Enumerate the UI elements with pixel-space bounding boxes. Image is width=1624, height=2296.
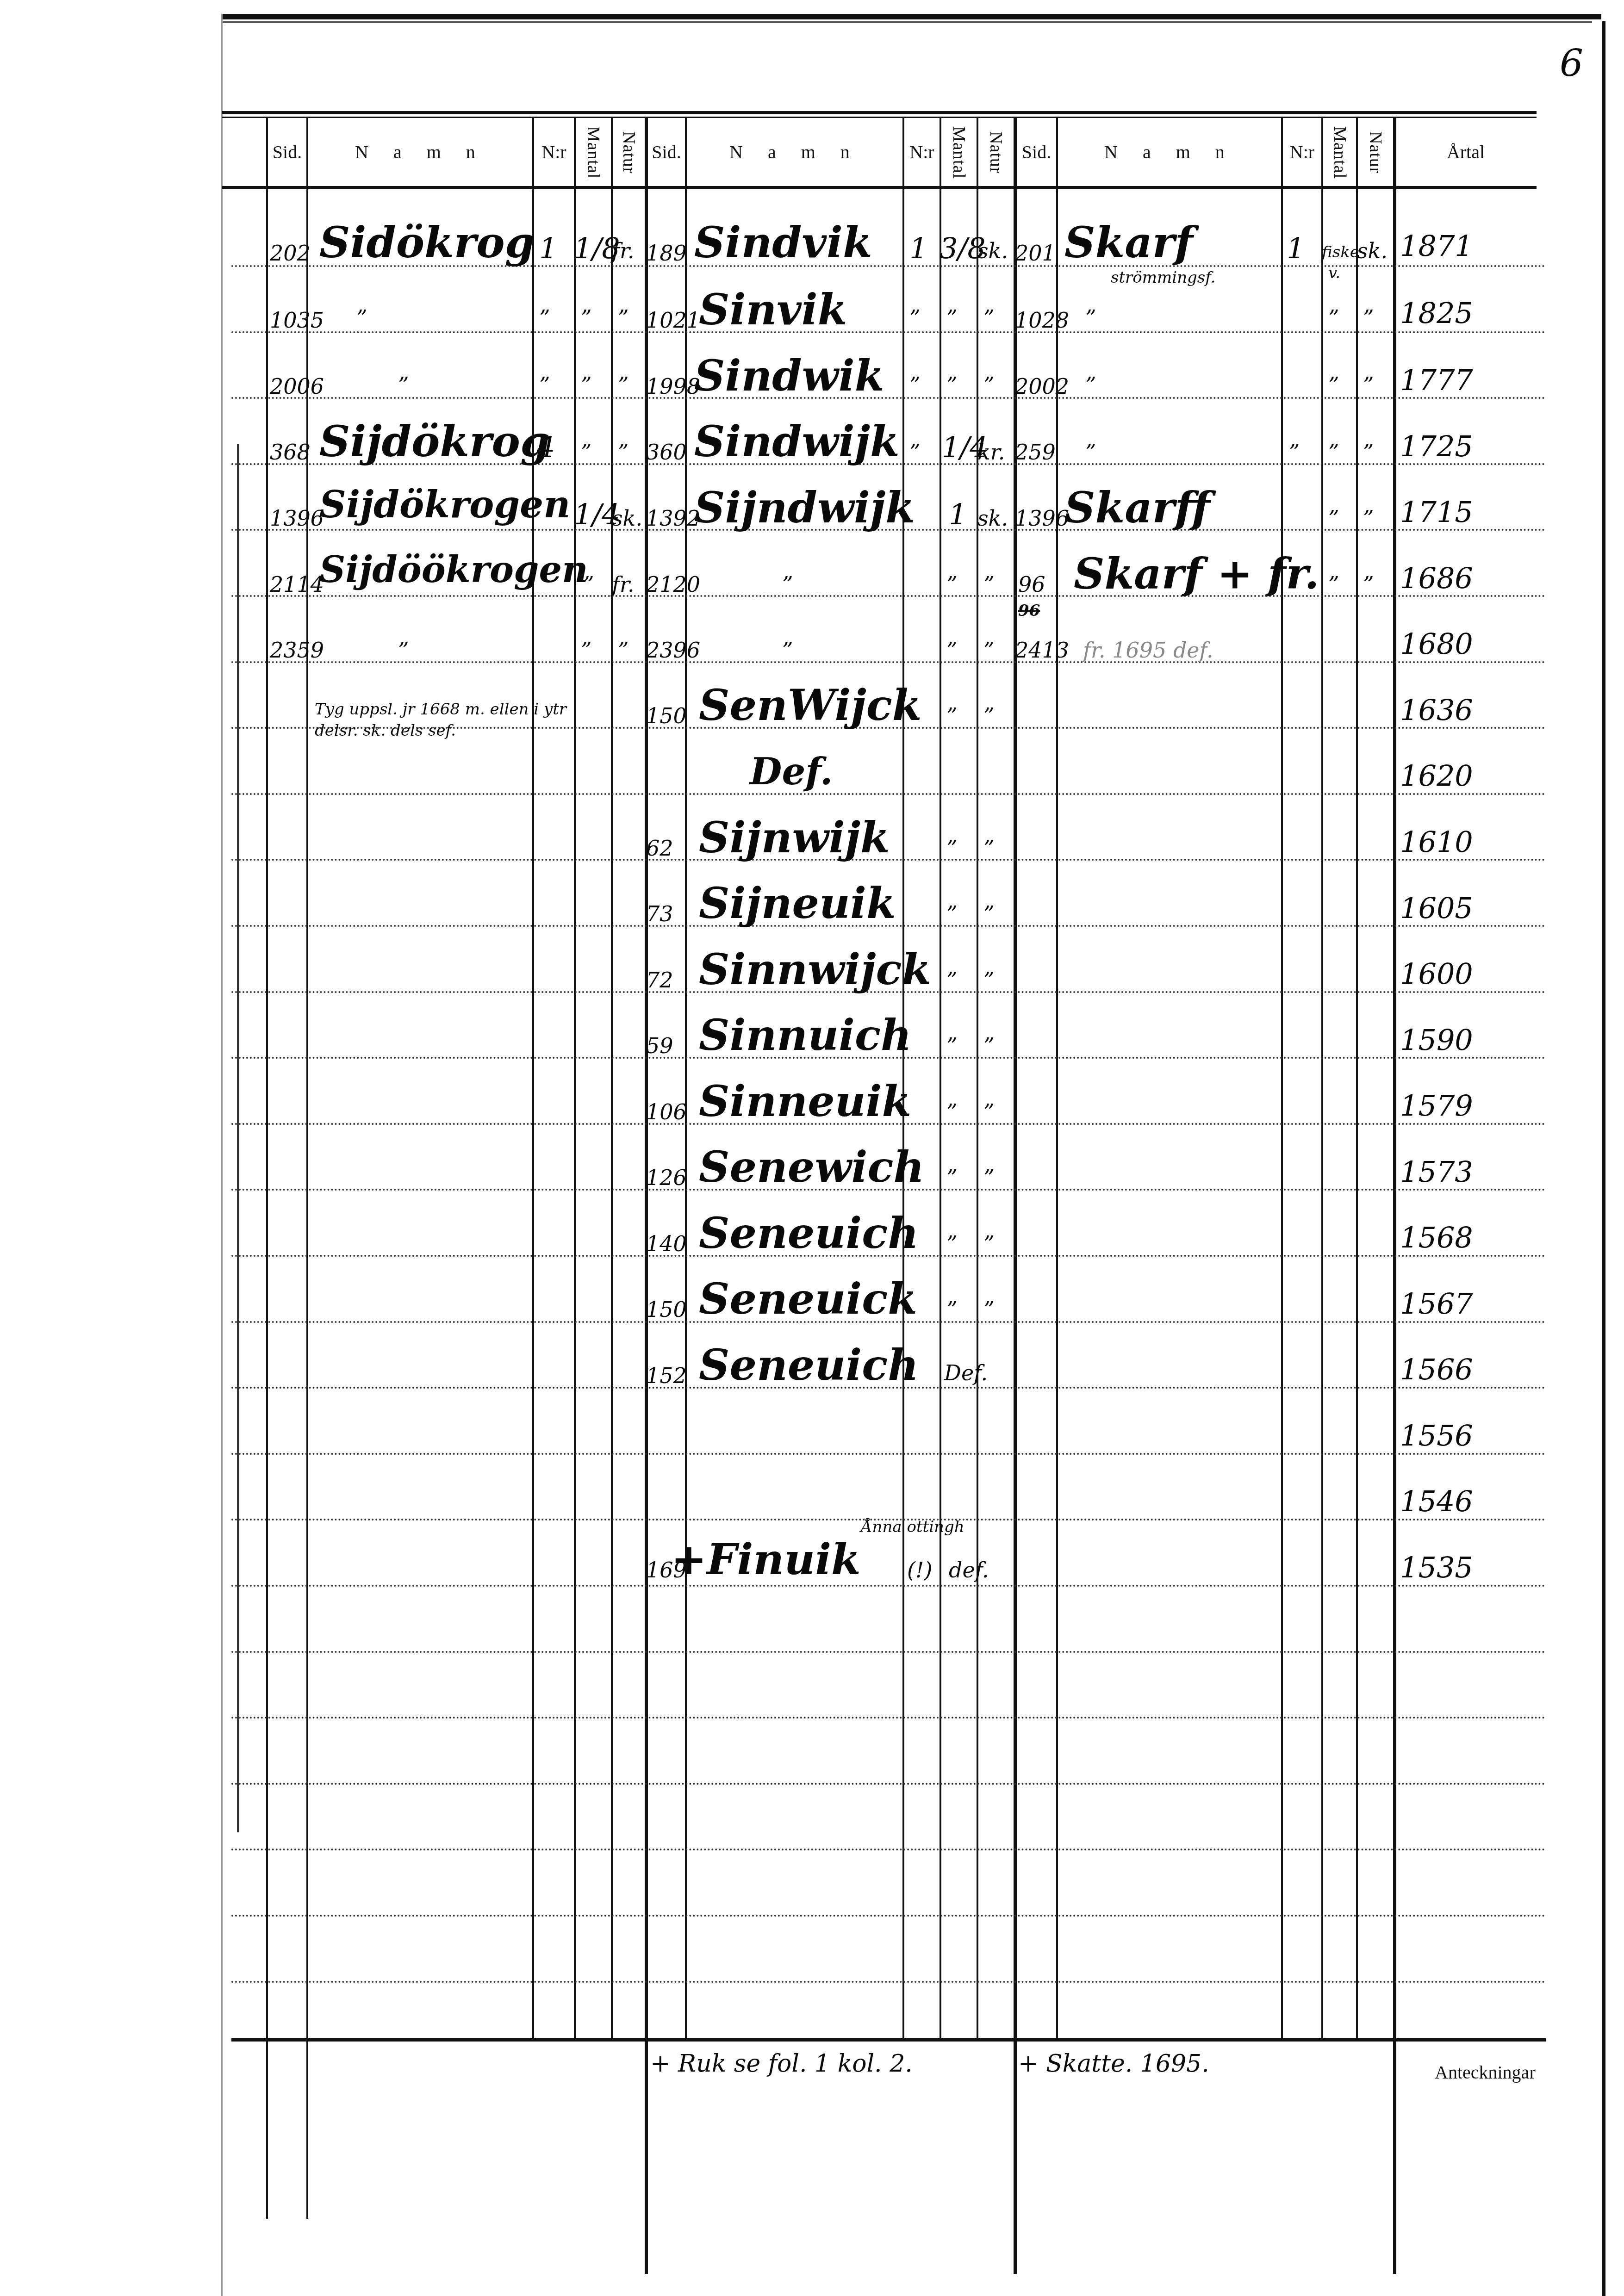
mantal: ” <box>581 440 592 465</box>
header-natur: Natur <box>1358 120 1393 185</box>
row-divider <box>231 595 1546 597</box>
binding-cord <box>237 444 239 1832</box>
namn: ” <box>398 638 409 663</box>
sid: 62 <box>646 836 673 861</box>
namn: Seneuich <box>699 1340 919 1390</box>
namn: Sindwijk <box>694 416 900 466</box>
year: 1610 <box>1400 825 1473 859</box>
namn: Sijneuik <box>699 878 896 928</box>
namn: SenWijck <box>699 680 922 730</box>
namn: Skarff <box>1064 483 1210 533</box>
top-border <box>222 14 1601 19</box>
row-divider <box>231 397 1546 399</box>
namn: Senewich <box>699 1142 924 1192</box>
natur: sk. <box>977 506 1008 531</box>
natur: sk. <box>977 238 1008 263</box>
header-nr: N:r <box>534 118 574 186</box>
natur: ” <box>1363 305 1374 330</box>
header-sid: Sid. <box>1017 118 1056 186</box>
natur: ” <box>618 305 629 330</box>
namn: ” <box>1085 305 1096 330</box>
namn: Seneuick <box>699 1274 917 1324</box>
sid: 360 <box>646 440 687 465</box>
header-mantal: Mantal <box>1323 120 1356 185</box>
natur: ” <box>983 1297 995 1322</box>
sid: 189 <box>646 241 687 266</box>
sid: 2396 <box>646 638 700 663</box>
header-top-line <box>222 111 1537 114</box>
header-artal: Årtal <box>1396 118 1535 186</box>
namn-note: fr. 1695 def. <box>1083 638 1213 663</box>
natur: ” <box>618 372 629 397</box>
namn: Def. <box>750 750 833 793</box>
row-divider <box>231 661 1546 663</box>
year: 1715 <box>1400 495 1473 529</box>
natur: ” <box>983 901 995 926</box>
sid: 1035 <box>270 308 324 333</box>
year: 1567 <box>1400 1287 1473 1321</box>
sid: 2120 <box>646 572 700 597</box>
sid: 150 <box>646 703 687 728</box>
mantal: ” <box>946 1099 958 1124</box>
annotation: Tyg uppsl. jr 1668 m. ellen i ytr delsr.… <box>315 699 574 741</box>
row-divider <box>231 1981 1546 1983</box>
namn: Skarf <box>1064 217 1193 267</box>
namn: Sinneuik <box>699 1076 911 1126</box>
namn: Sinnuich <box>699 1010 912 1060</box>
natur: ” <box>983 305 995 330</box>
col-line <box>1321 118 1323 2038</box>
col-line <box>1281 118 1283 2038</box>
year: 1579 <box>1400 1089 1473 1123</box>
natur: ” <box>983 836 995 861</box>
mantal: ” <box>1328 372 1339 397</box>
mantal: ” <box>581 638 592 663</box>
namn: Sijndwijk <box>694 483 915 533</box>
sid: 96 <box>1018 572 1045 597</box>
year: 1590 <box>1400 1023 1473 1057</box>
sid: 72 <box>646 968 673 993</box>
natur: ” <box>983 572 995 597</box>
artal-divider <box>1393 118 1396 2274</box>
namn: ” <box>782 638 793 663</box>
nr: 1 <box>539 231 557 265</box>
sid: 126 <box>646 1165 687 1190</box>
header-namn: N a m n <box>1058 118 1281 186</box>
natur: ” <box>983 638 995 663</box>
col-line <box>977 118 978 2038</box>
mantal: Def. <box>944 1360 988 1385</box>
header-nr: N:r <box>1283 118 1321 186</box>
mantal: ” <box>581 372 592 397</box>
sid: 2002 <box>1015 374 1069 399</box>
col-line <box>306 118 308 2219</box>
year: 1556 <box>1400 1419 1473 1452</box>
mantal-sub: v. <box>1328 264 1340 282</box>
mantal: ” <box>946 1165 958 1190</box>
natur: ” <box>618 638 629 663</box>
year: 1568 <box>1400 1221 1473 1254</box>
namn: Sidökrog <box>319 217 535 267</box>
namn: Skarf + fr. <box>1074 549 1319 599</box>
namn: ” <box>398 372 409 397</box>
nr: 1 <box>1287 231 1305 265</box>
namn: Sinnwijck <box>699 944 931 994</box>
sid: 140 <box>646 1231 687 1256</box>
nr: ” <box>909 372 921 397</box>
col-line <box>1356 118 1358 2038</box>
mantal: ” <box>946 901 958 926</box>
namn: Sindwik <box>694 351 884 401</box>
natur: ” <box>983 1099 995 1124</box>
natur: ” <box>1363 506 1374 531</box>
namn: +Finuik <box>671 1534 861 1584</box>
natur: ” <box>983 372 995 397</box>
natur: ” <box>1363 572 1374 597</box>
year: 1686 <box>1400 561 1473 595</box>
sid-struck: 96 <box>1018 602 1040 620</box>
sid: 1396 <box>270 506 324 531</box>
mantal: ” <box>946 1297 958 1322</box>
row-divider <box>231 1915 1546 1917</box>
mantal: ” <box>946 1231 958 1256</box>
natur: sk. <box>1357 238 1388 263</box>
sid: 73 <box>646 901 673 926</box>
nr: ” <box>909 440 921 465</box>
table-bottom-line <box>231 2038 1546 2042</box>
natur: kr. <box>977 440 1005 465</box>
natur: ” <box>1363 440 1374 465</box>
page-number: 6 <box>1560 42 1583 85</box>
sid: 202 <box>270 241 311 266</box>
namn: Sijnwijk <box>699 813 890 863</box>
year: 1605 <box>1400 891 1473 925</box>
namn: Sijdökrogen <box>319 483 570 526</box>
header-sid: Sid. <box>268 118 306 186</box>
year: 1620 <box>1400 759 1473 793</box>
row-divider <box>231 1717 1546 1719</box>
year: 1725 <box>1400 429 1473 463</box>
namn: ” <box>782 572 793 597</box>
mantal: fiske <box>1322 243 1359 261</box>
mantal: ” <box>1328 440 1339 465</box>
natur: fr. <box>612 572 635 597</box>
year: 1825 <box>1400 296 1473 330</box>
mantal: ” <box>1328 572 1339 597</box>
sid: 152 <box>646 1363 687 1388</box>
header-bottom-line <box>222 186 1537 189</box>
header-nr: N:r <box>904 118 940 186</box>
left-page-edge <box>221 14 223 2296</box>
namn: Sindvik <box>694 217 872 267</box>
header-mantal: Mantal <box>576 120 611 185</box>
natur: ” <box>618 440 629 465</box>
row-divider <box>231 1783 1546 1785</box>
year: 1600 <box>1400 957 1473 991</box>
natur: ” <box>983 1033 995 1058</box>
natur: ” <box>983 968 995 993</box>
annotation: Ånna ottingh <box>861 1518 964 1536</box>
mantal: ” <box>946 305 958 330</box>
nr: ” <box>539 305 550 330</box>
right-border <box>1602 21 1605 2296</box>
mantal: ” <box>1328 305 1339 330</box>
sid: 1998 <box>646 374 700 399</box>
mantal: ” <box>946 703 958 728</box>
namn: Sijdökrog <box>319 416 550 466</box>
sid: 1028 <box>1015 308 1069 333</box>
sid: 150 <box>646 1297 687 1322</box>
top-border-inner <box>222 21 1592 23</box>
sid: 1392 <box>646 506 700 531</box>
year: 1546 <box>1400 1484 1473 1518</box>
nr: 4 <box>537 430 555 464</box>
sid: 1021 <box>646 308 700 333</box>
year: 1573 <box>1400 1155 1473 1189</box>
col-line <box>574 118 576 2038</box>
year: 1566 <box>1400 1353 1473 1386</box>
row-divider <box>231 1585 1546 1587</box>
sid: 59 <box>646 1033 673 1058</box>
mantal: (!) <box>907 1558 932 1582</box>
mantal: ” <box>946 638 958 663</box>
mantal: ” <box>946 968 958 993</box>
year: 1777 <box>1400 363 1473 397</box>
nr: 1 <box>909 231 927 265</box>
namn: Sinvik <box>699 285 847 335</box>
nr: ” <box>539 372 550 397</box>
col-line <box>611 118 613 2038</box>
row-divider <box>231 1453 1546 1455</box>
namn: ” <box>1085 372 1096 397</box>
header-namn: N a m n <box>687 118 902 186</box>
year: 1636 <box>1400 693 1473 727</box>
namn: ” <box>1085 440 1096 465</box>
footer-note: + Ruk se fol. 1 kol. 2. <box>650 2050 913 2078</box>
year: 1871 <box>1400 229 1473 263</box>
mantal: ” <box>946 1033 958 1058</box>
natur: ” <box>1363 372 1374 397</box>
header-namn: N a m n <box>308 118 532 186</box>
header-mantal: Mantal <box>941 120 977 185</box>
mantal: ” <box>1328 506 1339 531</box>
sid: 368 <box>270 440 311 465</box>
sid: 2413 <box>1015 638 1069 663</box>
sid: 2359 <box>270 638 324 663</box>
namn-note: strömmingsf. <box>1111 268 1215 287</box>
header-natur: Natur <box>613 120 645 185</box>
row-divider <box>231 1849 1546 1850</box>
row-divider <box>231 1651 1546 1653</box>
nr: ” <box>1289 440 1300 465</box>
col-line <box>685 118 687 2038</box>
namn: Sijdöökrogen <box>319 549 588 591</box>
col-line <box>532 118 534 2038</box>
mantal: ” <box>946 372 958 397</box>
sid: 106 <box>646 1099 687 1124</box>
header-natur: Natur <box>978 120 1014 185</box>
row-divider <box>231 331 1546 333</box>
namn: Seneuich <box>699 1208 919 1258</box>
mantal: 1 <box>949 497 967 531</box>
sid: 2114 <box>270 572 324 597</box>
sid: 201 <box>1015 241 1056 266</box>
sid: 1396 <box>1015 506 1069 531</box>
mantal: ” <box>581 305 592 330</box>
sid: 2006 <box>270 374 324 399</box>
footer-note: + Skatte. 1695. <box>1018 2050 1209 2078</box>
col-line <box>266 118 268 2219</box>
mantal: ” <box>583 572 594 597</box>
mantal: ” <box>946 836 958 861</box>
sid: 259 <box>1015 440 1056 465</box>
nr: ” <box>909 305 921 330</box>
anteckningar-label: Anteckningar <box>1435 2061 1536 2083</box>
natur: ” <box>983 1165 995 1190</box>
natur: fr. <box>612 238 635 263</box>
header-sid: Sid. <box>648 118 685 186</box>
namn: ” <box>356 305 367 330</box>
natur: sk. <box>612 506 642 531</box>
natur: ” <box>983 1231 995 1256</box>
natur: ” <box>983 703 995 728</box>
year: 1535 <box>1400 1551 1473 1584</box>
natur: def. <box>949 1558 989 1582</box>
col-line <box>1056 118 1058 2038</box>
mantal: ” <box>946 572 958 597</box>
year: 1680 <box>1400 627 1473 661</box>
row-divider <box>231 793 1546 795</box>
col-line <box>940 118 941 2038</box>
